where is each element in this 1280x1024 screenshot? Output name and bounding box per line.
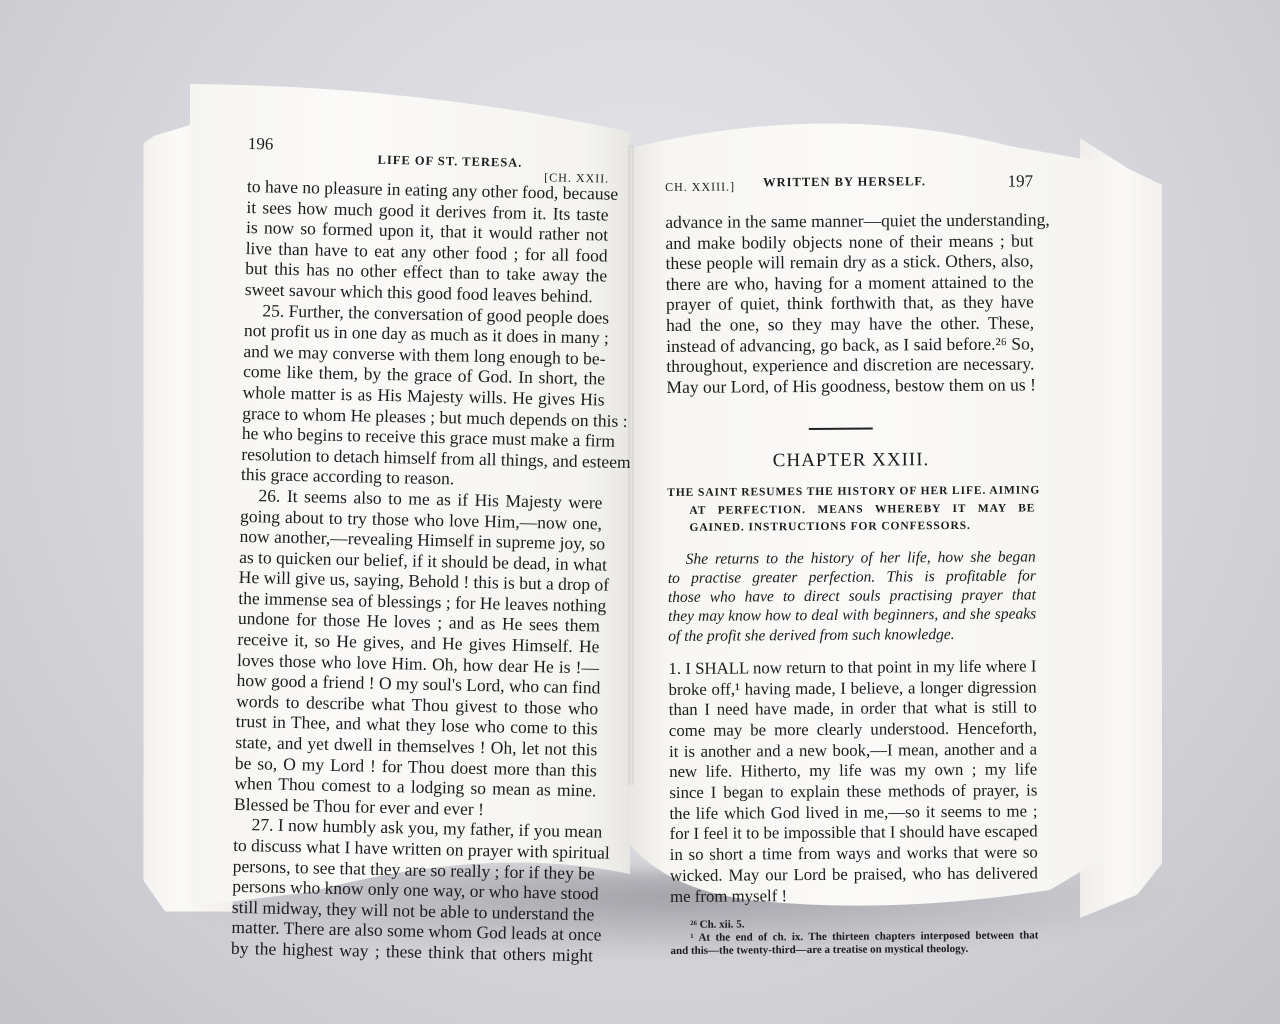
left-page-content: 196 LIFE OF ST. TERESA. [CH. XXII. to ha… [231, 138, 610, 966]
paragraph-line: come may be more clearly understood. Hen… [669, 718, 1037, 741]
footnotes: ²⁶ Ch. xii. 5.¹ At the end of ch. ix. Th… [670, 917, 1038, 959]
text-line: these people will remain dry as a stick.… [666, 251, 1034, 274]
paragraph-line: than I need have made, in order that wha… [669, 698, 1037, 721]
running-head-title-right: WRITTEN BY HERSELF. [763, 174, 926, 190]
chapter-marker-left: [CH. XXII. [544, 170, 609, 186]
paragraph-1: 1. I SHALL now return to that point in m… [668, 656, 1038, 907]
text-line: advance in the same manner—quiet the und… [665, 209, 1033, 232]
paragraph-line: since I began to explain these methods o… [669, 780, 1037, 803]
text-line: instead of advancing, go back, as I said… [666, 333, 1034, 356]
right-page-content: CH. XXIII.] WRITTEN BY HERSELF. 197 adva… [665, 169, 1038, 958]
text-line: May our Lord, of His goodness, bestow th… [666, 374, 1034, 397]
chapter-argument: She returns to the history of her life, … [668, 547, 1037, 646]
paragraph-line: the life which God lived in me,—so it se… [669, 801, 1037, 824]
paragraph-line: broke off,¹ having made, I believe, a lo… [669, 677, 1037, 700]
text-line: there are who, having for a moment attai… [666, 271, 1034, 294]
argument-line: to practise greater perfection. This is … [668, 566, 1036, 588]
paragraph-line: wicked. May our Lord be praised, who has… [670, 863, 1038, 886]
chapter-marker-right: CH. XXIII.] [665, 180, 735, 195]
argument-line: they may know how to deal with beginners… [668, 605, 1036, 627]
argument-line: of the profit she derived from such know… [668, 624, 1036, 646]
chapter-title: CHAPTER XXIII. [667, 449, 1035, 474]
left-running-head: 196 LIFE OF ST. TERESA. [CH. XXII. [247, 138, 610, 180]
text-line: had the one, so they may have the other.… [666, 312, 1034, 335]
paragraph-line: in so short a time from ways and works t… [670, 843, 1038, 866]
running-head-title-left: LIFE OF ST. TERESA. [377, 153, 522, 171]
left-page-body: to have no pleasure in eating any other … [231, 176, 609, 966]
text-line: and make bodily objects none of their me… [665, 230, 1033, 253]
paragraph-line: it is another and a new book,—I mean, an… [669, 739, 1037, 762]
argument-line: She returns to the history of her life, … [668, 547, 1036, 569]
text-line: prayer of quiet, think forthwith that, a… [666, 292, 1034, 315]
paragraph-line: for I feel it to be impossible that I sh… [670, 822, 1038, 845]
summary-line: GAINED. INSTRUCTIONS FOR CONFESSORS. [667, 518, 1035, 538]
chapter-summary: THE SAINT RESUMES THE HISTORY OF HER LIF… [667, 483, 1035, 538]
argument-line: those who have to direct souls practisin… [668, 586, 1036, 608]
text-line: throughout, experience and discretion ar… [666, 354, 1034, 377]
right-running-head: CH. XXIII.] WRITTEN BY HERSELF. 197 [665, 169, 1033, 206]
paragraph-line: 1. I SHALL now return to that point in m… [668, 656, 1036, 679]
paragraph-line: me from myself ! [670, 884, 1038, 907]
chapter-divider-rule [809, 428, 873, 430]
page-number-left: 196 [248, 134, 274, 155]
paragraph-line: new life. Hitherto, my life was my own ;… [669, 760, 1037, 783]
summary-line: AT PERFECTION. MEANS WHEREBY IT MAY BE [667, 500, 1035, 520]
page-number-right: 197 [1008, 171, 1034, 191]
continuation-text: advance in the same manner—quiet the und… [665, 209, 1034, 397]
footnote-line: and this—the twenty-third—are a treatise… [670, 943, 1038, 959]
